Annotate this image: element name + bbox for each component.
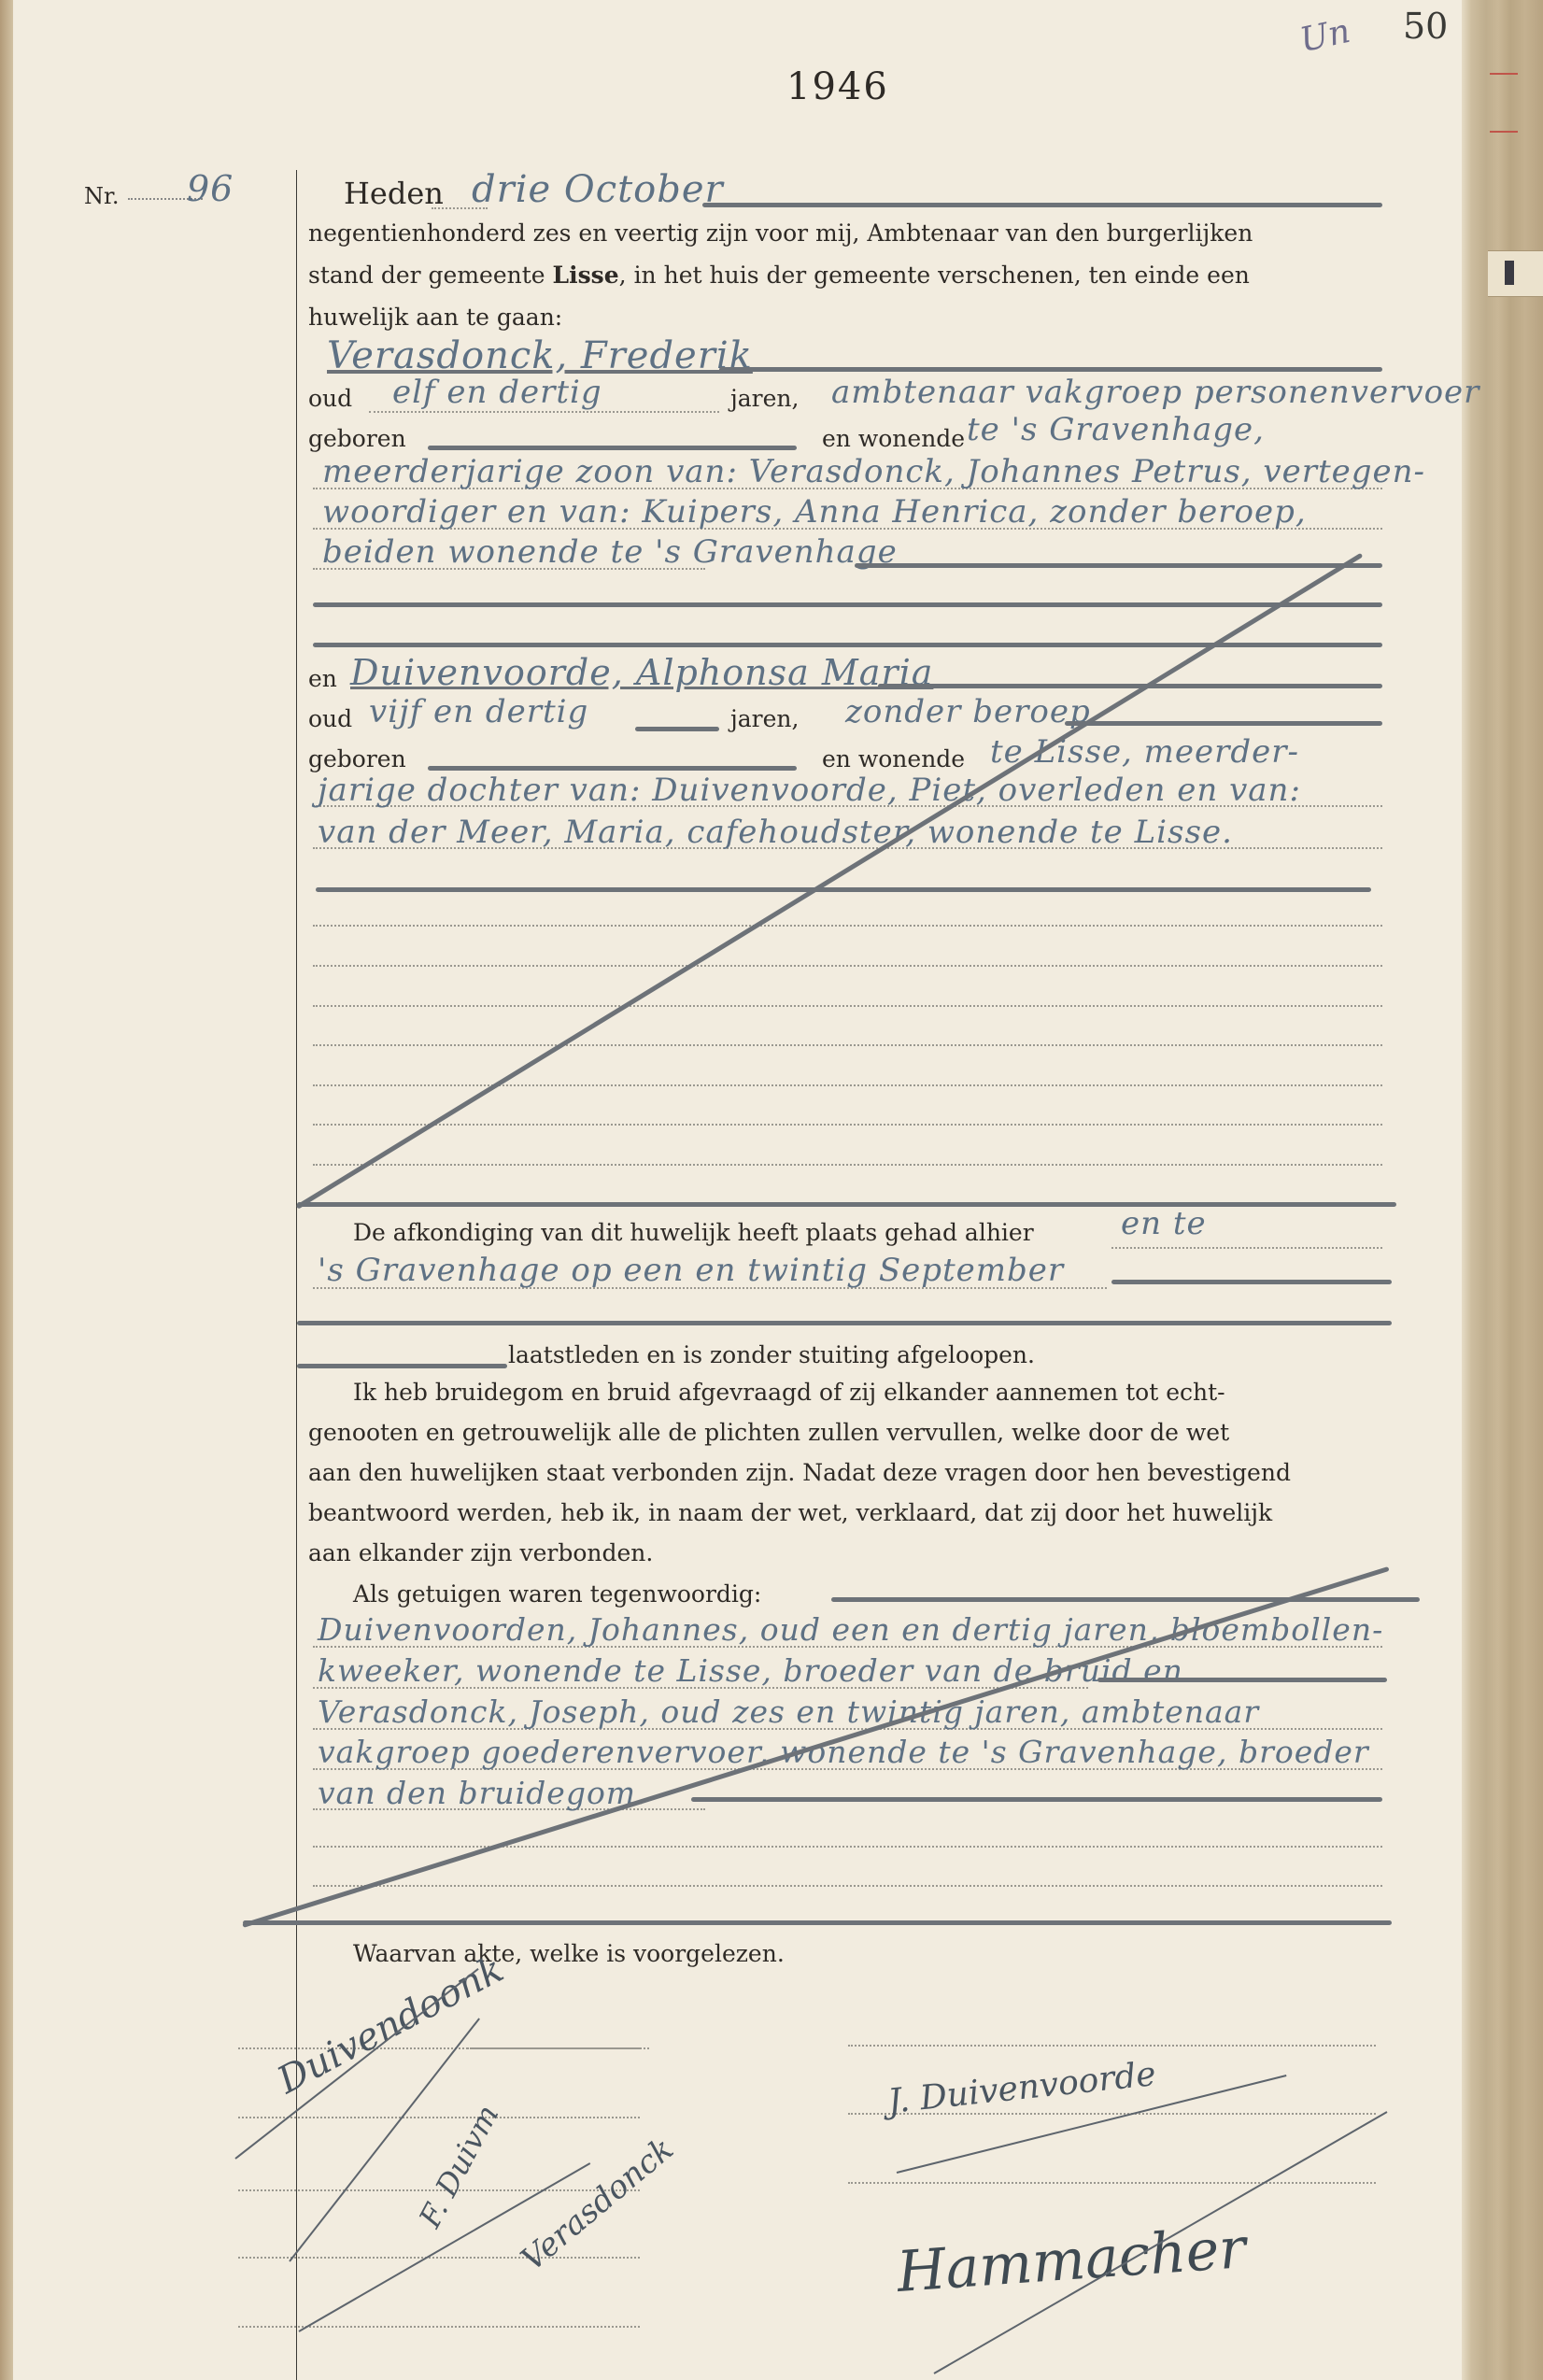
bride-detail-1: jarige dochter van: Duivenvoorde, Piet, …	[318, 772, 1301, 809]
dotted-line	[313, 1005, 1382, 1007]
fill-line	[878, 684, 1382, 688]
dotted-line	[1111, 1247, 1382, 1249]
bride-wonende-label: en wonende	[822, 745, 965, 772]
bride-geboren-label: geboren	[308, 745, 406, 772]
strike-line-bottom	[297, 1202, 1396, 1207]
binding-red-mark	[1490, 73, 1518, 75]
municipality: Lisse	[553, 262, 619, 289]
groom-detail-3: beiden wonende te 's Gravenhage	[322, 533, 898, 571]
fill-line	[831, 1597, 1420, 1602]
groom-occupation: ambtenaar vakgroep personenvervoer	[831, 374, 1479, 411]
groom-detail-1: meerderjarige zoon van: Verasdonck, Joha…	[322, 453, 1425, 490]
proclamation-text: De afkondiging van dit huwelijk heeft pl…	[353, 1219, 1034, 1246]
dotted-line	[313, 1164, 1382, 1166]
strike-line-top	[691, 1797, 1382, 1802]
page-number: 50	[1403, 6, 1448, 47]
fill-line	[297, 1364, 507, 1368]
groom-age: elf en dertig	[392, 374, 602, 411]
fill-line	[428, 446, 797, 450]
signature-line	[467, 2047, 649, 2049]
intro-line-3b: , in het huis der gemeente verschenen, t…	[619, 262, 1250, 289]
heden-label: Heden	[344, 176, 444, 211]
signature-line	[238, 2326, 640, 2328]
dotted-line	[369, 411, 719, 413]
dotted-line	[313, 1044, 1382, 1046]
proclamation-hand-2: 's Gravenhage op een en twintig Septembe…	[318, 1252, 1064, 1289]
fill-line	[1065, 721, 1382, 726]
dotted-line	[313, 965, 1382, 967]
groom-geboren-label: geboren	[308, 425, 406, 452]
bride-jaren-label: jaren,	[730, 705, 799, 732]
bride-detail-2: van der Meer, Maria, cafehoudster, wonen…	[318, 814, 1233, 851]
signature-line	[848, 2182, 1376, 2184]
bride-occupation: zonder beroep	[845, 693, 1091, 730]
signature-line	[848, 2045, 1376, 2047]
witness-line-5: van den bruidegom.	[318, 1775, 647, 1811]
dotted-line	[313, 925, 1382, 927]
dotted-line	[313, 1885, 1382, 1887]
book-binding-left	[0, 0, 13, 2380]
marriage-date: drie October	[472, 168, 724, 211]
fill-line	[428, 766, 797, 771]
dotted-line	[313, 1124, 1382, 1126]
declaration-line-3: aan den huwelijken staat verbonden zijn.…	[308, 1459, 1291, 1486]
signature-line	[238, 2257, 640, 2259]
record-number-value: 96	[187, 168, 234, 209]
fill-line	[1097, 1678, 1387, 1682]
dotted-line	[313, 1846, 1382, 1848]
intro-line-4: huwelijk aan te gaan:	[308, 304, 562, 331]
fill-line	[719, 367, 1382, 372]
groom-residence: te 's Gravenhage,	[967, 411, 1265, 448]
strike-line-bottom	[243, 1920, 1392, 1925]
bride-oud-label: oud	[308, 705, 352, 732]
declaration-line-5: aan elkander zijn verbonden.	[308, 1539, 653, 1566]
binding-red-mark	[1490, 131, 1518, 133]
bride-age: vijf en dertig	[369, 693, 588, 730]
fill-line	[635, 727, 719, 731]
intro-line-3: stand der gemeente Lisse, in het huis de…	[308, 262, 1250, 289]
record-number: Nr. 96	[84, 183, 203, 209]
witness-line-3: Verasdonck, Joseph, oud zes en twintig j…	[318, 1693, 1259, 1730]
strike-line-top	[316, 887, 1371, 892]
declaration-line-4: beantwoord werden, heb ik, in naam der w…	[308, 1499, 1272, 1526]
proclamation-closing: laatstleden en is zonder stuiting afgelo…	[508, 1341, 1035, 1368]
closing-text: Waarvan akte, welke is voorgelezen.	[353, 1940, 785, 1967]
dotted-line	[313, 1084, 1382, 1086]
groom-wonende-label: en wonende	[822, 425, 965, 452]
proclamation-hand-1: en te	[1121, 1205, 1207, 1242]
register-year: 1946	[786, 65, 889, 108]
bride-en-label: en	[308, 665, 337, 692]
record-number-label: Nr.	[84, 183, 119, 209]
declaration-line-2: genooten en getrouwelijk alle de plichte…	[308, 1419, 1229, 1446]
fill-line	[313, 602, 1382, 607]
binding-tab	[1488, 250, 1543, 297]
fill-line	[702, 203, 1382, 207]
fill-line	[1111, 1280, 1392, 1284]
intro-line-3a: stand der gemeente	[308, 262, 545, 289]
groom-name: Verasdonck, Frederik	[327, 334, 753, 377]
fill-line	[855, 563, 1382, 568]
groom-oud-label: oud	[308, 385, 352, 412]
intro-line-2: negentienhonderd zes en veertig zijn voo…	[308, 220, 1253, 247]
fill-line	[313, 643, 1382, 647]
groom-jaren-label: jaren,	[730, 385, 799, 412]
book-binding-right	[1462, 0, 1543, 2380]
groom-detail-2: woordiger en van: Kuipers, Anna Henrica,…	[322, 493, 1307, 531]
fill-line	[297, 1321, 1392, 1325]
bride-name: Duivenvoorde, Alphonsa Maria	[350, 652, 933, 693]
signature-line	[238, 2117, 640, 2118]
declaration-line-1: Ik heb bruidegom en bruid afgevraagd of …	[353, 1379, 1225, 1406]
witnesses-label: Als getuigen waren tegenwoordig:	[353, 1580, 761, 1608]
binding-tab-mark	[1505, 261, 1514, 285]
